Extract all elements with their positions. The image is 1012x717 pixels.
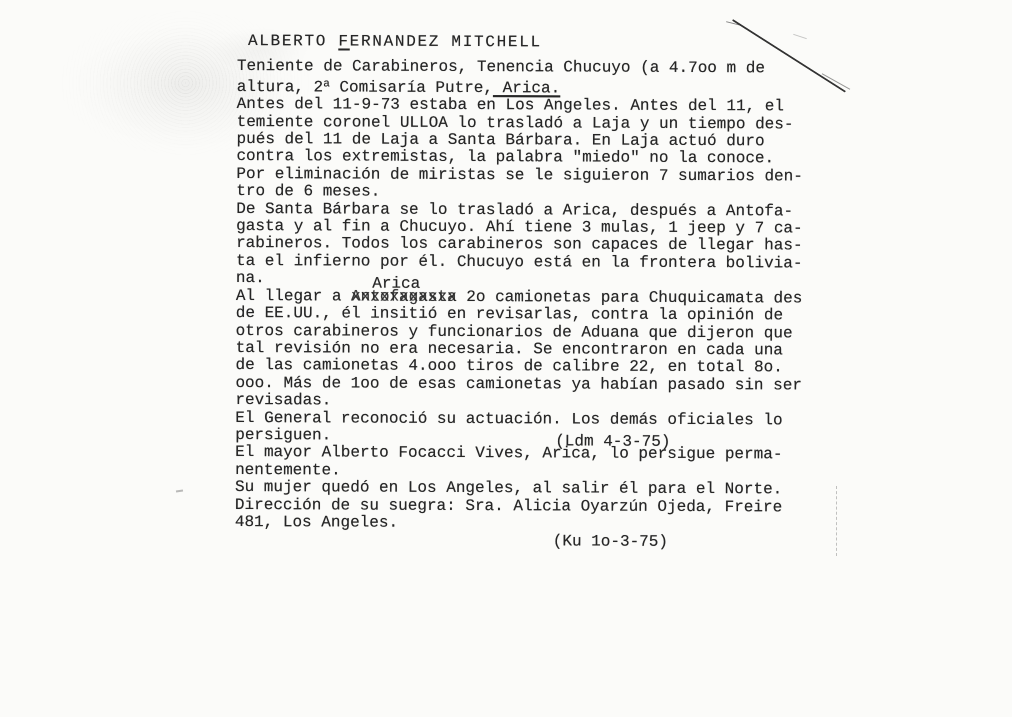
title-line: ALBERTO FERNANDEZ MITCHELL — [248, 33, 877, 53]
text-segment: ALBERTO — [248, 32, 338, 50]
text-segment: 481, Los Angeles. — [235, 513, 398, 532]
text-segment: nentemente. — [235, 461, 341, 479]
date-stamp: (Ku 1o-3-75) — [553, 533, 668, 551]
text-segment: Al llegar a — [236, 287, 351, 306]
text-segment: 2o camionetas para Chuquicamata des — [457, 288, 803, 308]
text-segment: na. — [236, 269, 265, 287]
text-segment: revisadas. — [235, 391, 331, 409]
typed-correction: AricaAntofagastaxxxxxxxxxxx — [351, 288, 457, 306]
typewritten-text: ALBERTO FERNANDEZ MITCHELLTeniente de Ca… — [235, 33, 877, 534]
text-segment: Arica. — [493, 79, 560, 97]
text-segment: ERNANDEZ MITCHELL — [350, 32, 542, 51]
text-segment: Teniente de Carabineros, Tenencia Chucuy… — [237, 57, 765, 77]
document-page: ALBERTO FERNANDEZ MITCHELLTeniente de Ca… — [0, 0, 1012, 717]
text-segment: persiguen. — [235, 426, 331, 444]
text-segment: Comisaría Putre, — [330, 78, 493, 97]
scan-speck — [176, 490, 183, 493]
overtype-x: xxxxxxxxxxx — [351, 288, 457, 306]
text-line: 481, Los Angeles.(Ku 1o-3-75) — [235, 514, 875, 534]
text-segment: tro de 6 meses. — [236, 182, 380, 201]
text-segment: F — [338, 32, 349, 50]
text-segment: altura, 2 — [237, 78, 323, 96]
text-segment: ta el infierno por él. Chucuyo está en l… — [236, 252, 803, 272]
